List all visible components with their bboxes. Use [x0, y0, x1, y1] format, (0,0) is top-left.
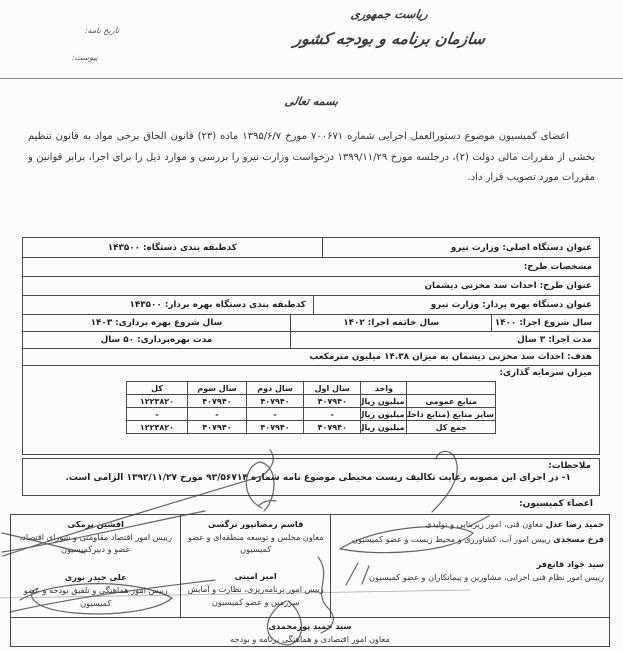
inv-cell: ۴۰۷۹۴۰	[187, 395, 246, 408]
organization-letterhead: ریاست جمهوری سازمان برنامه و بودجه کشور	[272, 5, 507, 54]
table-row-durations: مدت اجرا: ۳ سال مدت بهره‌برداری: ۵۰ سال	[23, 332, 599, 349]
inv-cell: جمع کل	[407, 421, 496, 434]
signer-name: قاسم رمضانپور نرگسی	[186, 518, 325, 531]
commission-members-label: اعضاء کمیسیون:	[519, 499, 593, 509]
inv-cell: ۴۰۷۹۴۰	[246, 395, 303, 408]
signer-role: رییس امور نظام فنی اجرایی، مشاورین و پیم…	[336, 571, 604, 584]
letter-date-label: تاریخ نامه:	[85, 26, 120, 35]
inv-h-total: کل	[127, 382, 188, 395]
inv-cell: میلیون ریال	[361, 408, 407, 421]
goal-cell: هدف: احداث سد مخزنی دیشمان به میزان ۱۴.۳…	[23, 349, 599, 365]
inv-cell: ۱۲۲۳۸۲۰	[127, 421, 188, 434]
scanned-document-page: تاریخ نامه: پیوست: ریاست جمهوری سازمان ب…	[0, 0, 623, 651]
signer-adl: حمید رضا عدل معاون فنی، امور زیربنایی و …	[336, 518, 604, 531]
notes-label: ملاحظات:	[31, 461, 591, 471]
inv-cell: میلیون ریال	[361, 395, 407, 408]
table-row-operator: عنوان دستگاه بهره بردار: وزارت نیرو کدطب…	[23, 296, 599, 315]
main-device-code-cell: کدطبقه بندی دستگاه: ۱۴۳۵۰۰	[23, 238, 323, 257]
inv-h-year1: سال اول	[304, 382, 361, 395]
signer-name: سید حمید پورمحمدی	[15, 620, 605, 633]
signer-role: رییس امور اقتصاد مقاومتی و شورای اقتصاد،…	[16, 531, 175, 556]
table-row-specs: مشخصات طرح:	[23, 258, 599, 277]
inv-h-year2: سال دوم	[246, 382, 303, 395]
inv-h-unit: واحد	[361, 382, 407, 395]
operator-device-cell: عنوان دستگاه بهره بردار: وزارت نیرو	[314, 296, 599, 314]
inv-cell: ۱۲۲۳۸۲۰	[127, 395, 188, 408]
inv-h-label	[407, 382, 496, 395]
signer-name: حمید رضا عدل	[546, 519, 604, 529]
operation-duration-cell: مدت بهره‌برداری: ۵۰ سال	[23, 332, 291, 348]
signer-nouri: علی حیدر نوری رییس امور هماهنگی و تلفیق …	[16, 571, 175, 609]
table-row-project-title: عنوان طرح: احداث سد مخزنی دیشمان	[23, 277, 599, 296]
inv-cell: سایر منابع (منابع داخلی)	[407, 408, 496, 421]
table-row-years: سال شروع اجرا: ۱۴۰۰ سال خاتمه اجرا: ۱۴۰۲…	[23, 315, 599, 332]
inv-cell: ۴۰۷۹۴۰	[246, 421, 303, 434]
table-row-main-device: عنوان دستگاه اصلی: وزارت نیرو کدطبقه بند…	[23, 238, 599, 258]
signer-ghanefar: سید جواد قانع‌فر رییس امور نظام فنی اجرا…	[336, 558, 604, 583]
besmellah-text: بسمه تعالی	[284, 95, 339, 108]
signer-name: امیر امینی	[186, 570, 325, 583]
signer-role: رییس امور برنامه‌ریزی، نظارت و آمایش سرز…	[186, 583, 325, 608]
inv-cell: -	[127, 408, 188, 421]
specs-label-cell: مشخصات طرح:	[23, 258, 599, 276]
organization-title: سازمان برنامه و بودجه کشور	[291, 25, 487, 54]
project-title-cell: عنوان طرح: احداث سد مخزنی دیشمان	[23, 277, 599, 295]
signer-role: معاون امور اقتصادی و هماهنگی برنامه و بو…	[15, 633, 605, 646]
signer-name: افشین برمکی	[16, 518, 175, 531]
inv-cell: ۴۰۷۹۴۰	[304, 395, 361, 408]
start-year-cell: سال شروع اجرا: ۱۴۰۰	[492, 315, 599, 331]
investment-table: واحد سال اول سال دوم سال سوم کل منابع عم…	[126, 381, 496, 434]
investment-label: میزان سرمایه گذاری:	[30, 368, 592, 378]
inv-cell: -	[246, 408, 303, 421]
investment-section: میزان سرمایه گذاری: واحد سال اول سال دوم…	[23, 366, 599, 454]
letter-attachment-label: پیوست:	[72, 53, 99, 62]
signer-role: رییس امور آب، کشاورزی و محیط زیست و عضو …	[352, 534, 551, 544]
operator-device-code-cell: کدطبقه بندی دستگاه بهره بردار: ۱۴۳۵۰۰	[23, 296, 314, 314]
signer-role: معاون مجلس و توسعه منطقه‌ای و عضو کمیسیو…	[186, 531, 325, 556]
presidency-title: ریاست جمهوری	[349, 5, 429, 25]
investment-row-public: منابع عمومی میلیون ریال ۴۰۷۹۴۰ ۴۰۷۹۴۰ ۴۰…	[127, 395, 496, 408]
investment-row-other: سایر منابع (منابع داخلی) میلیون ریال - -…	[127, 408, 496, 421]
signer-amini: امیر امینی رییس امور برنامه‌ریزی، نظارت …	[186, 570, 325, 608]
header-divider	[0, 78, 623, 79]
signer-name: فرخ مسجدی	[553, 534, 604, 544]
investment-header-row: واحد سال اول سال دوم سال سوم کل	[127, 382, 496, 395]
signer-ramezanpour: قاسم رمضانپور نرگسی معاون مجلس و توسعه م…	[186, 518, 325, 556]
signatures-box: حمید رضا عدل معاون فنی، امور زیربنایی و …	[10, 514, 610, 647]
inv-cell: -	[304, 408, 361, 421]
inv-cell: منابع عمومی	[407, 395, 496, 408]
signature-column-middle: قاسم رمضانپور نرگسی معاون مجلس و توسعه م…	[181, 515, 331, 617]
signer-role: رییس امور هماهنگی و تلفیق بودجه و عضو کم…	[16, 584, 175, 609]
signer-name: سید جواد قانع‌فر	[336, 558, 604, 571]
table-row-goal: هدف: احداث سد مخزنی دیشمان به میزان ۱۴.۳…	[23, 349, 599, 366]
signer-role: معاون فنی، امور زیربنایی و تولیدی	[425, 519, 543, 529]
investment-row-total: جمع کل میلیون ریال ۴۰۷۹۴۰ ۴۰۷۹۴۰ ۴۰۷۹۴۰ …	[127, 421, 496, 434]
end-year-cell: سال خاتمه اجرا: ۱۴۰۲	[291, 315, 493, 331]
inv-cell: -	[187, 408, 246, 421]
note-item-1: ۱- در اجرای این مصوبه رعایت تکالیف زیست …	[31, 473, 591, 483]
operation-start-cell: سال شروع بهره برداری: ۱۴۰۳	[23, 315, 291, 331]
inv-cell: ۴۰۷۹۴۰	[187, 421, 246, 434]
signature-column-left: افشین برمکی رییس امور اقتصاد مقاومتی و ش…	[11, 515, 181, 617]
inv-h-year3: سال سوم	[187, 382, 246, 395]
signer-name: علی حیدر نوری	[16, 571, 175, 584]
signer-barmaki: افشین برمکی رییس امور اقتصاد مقاومتی و ش…	[16, 518, 175, 556]
inv-cell: میلیون ریال	[361, 421, 407, 434]
notes-box: ملاحظات: ۱- در اجرای این مصوبه رعایت تکا…	[22, 458, 600, 496]
signer-masjedi: فرخ مسجدی رییس امور آب، کشاورزی و محیط ز…	[336, 533, 604, 546]
project-spec-table: عنوان دستگاه اصلی: وزارت نیرو کدطبقه بند…	[22, 237, 600, 455]
signer-pourmohammadi: سید حمید پورمحمدی معاون امور اقتصادی و ه…	[11, 617, 609, 646]
signature-column-right: حمید رضا عدل معاون فنی، امور زیربنایی و …	[331, 515, 609, 617]
signatures-grid: حمید رضا عدل معاون فنی، امور زیربنایی و …	[11, 515, 609, 617]
resolution-paragraph: اعضای کمیسیون موضوع دستورالعمل اجرایی شم…	[28, 127, 595, 189]
main-device-cell: عنوان دستگاه اصلی: وزارت نیرو	[323, 238, 599, 257]
execution-duration-cell: مدت اجرا: ۳ سال	[291, 332, 599, 348]
inv-cell: ۴۰۷۹۴۰	[304, 421, 361, 434]
